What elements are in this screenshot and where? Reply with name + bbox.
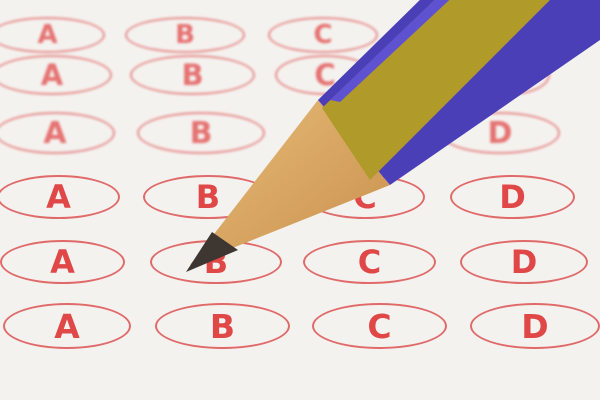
answer-sheet-photo: ABCABCDABDABCDABCDABCD — [0, 0, 600, 400]
pencil — [0, 0, 600, 400]
